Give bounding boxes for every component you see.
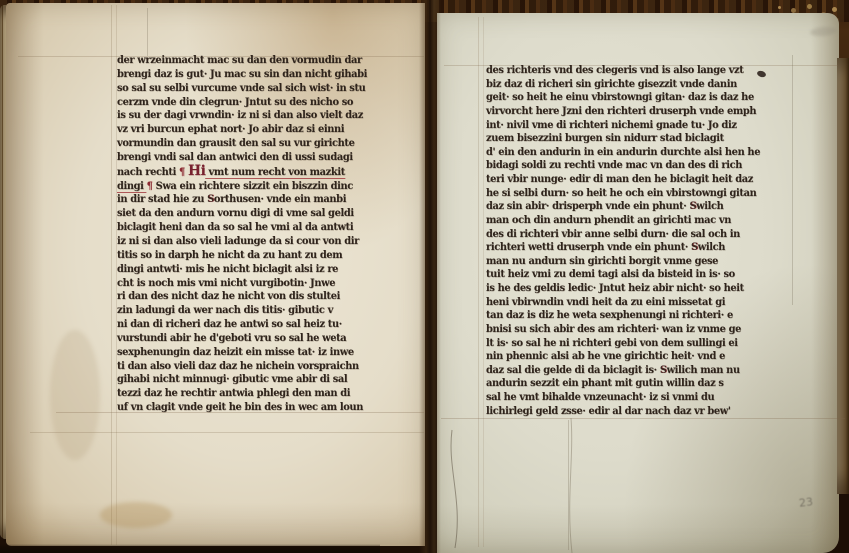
text-segment: cht is noch mis vmi nicht vurgibotin· Jn… (117, 278, 335, 289)
manuscript-line: teri vbir nunge· edir di man den he bicl… (486, 173, 772, 187)
text-segment: andurin sezzit ein phant mit gutin willi… (486, 378, 724, 389)
rubric-initial: Hi (188, 163, 206, 179)
manuscript-line: he si selbi durn· so heit he och ein vbi… (486, 187, 772, 201)
manuscript-line: tan daz is diz he weta sexphenungi ni ri… (486, 309, 772, 323)
gutter-shadow (419, 0, 441, 553)
text-segment: lt is· so sal he ni richteri gebi von de… (486, 338, 738, 349)
manuscript-line: dingi ¶ Swa ein richtere sizzit ein bisz… (117, 180, 395, 194)
text-segment: in dir stad hie zu (117, 194, 207, 205)
text-segment: des richteris vnd des clegeris vnd is al… (486, 65, 743, 76)
manuscript-line: tuit heiz vmi zu demi tagi alsi da biste… (486, 268, 772, 282)
text-segment: biclagit heni dan da so sal he vmi al da… (117, 222, 353, 233)
manuscript-line: bidagi soldi zu rechti vnde mac vn dan d… (486, 159, 772, 173)
left-page-text: der wrzeinmacht mac su dan den vormudin … (117, 54, 401, 415)
text-segment: is he des geldis ledic· Jntut heiz abir … (486, 283, 744, 294)
manuscript-line: biz daz di richeri sin girichte gisezzit… (486, 78, 772, 92)
manuscript-line: des richteris vnd des clegeris vnd is al… (486, 64, 772, 78)
text-segment: heni vbirwndin vndi heit da zu eini miss… (486, 297, 725, 308)
ruling-line (478, 17, 479, 547)
text-segment: gihabi nicht minnugi· gibutic vme abir d… (117, 374, 347, 385)
manuscript-line: zuem bisezzini burgen sin nidurr stad bi… (486, 132, 772, 146)
text-segment: bidagi soldi zu rechti vnde mac vn dan d… (486, 160, 742, 171)
text-segment: iz ni si dan also vieli ladunge da si co… (117, 236, 359, 247)
text-segment: daz sal die gelde di da biclagit is· (486, 365, 660, 376)
text-segment: des di richteri vbir anne selbi durn· di… (486, 229, 740, 240)
text-segment: dingi antwti· mis he nicht biclagit alsi… (117, 264, 338, 275)
parchment-crease (568, 420, 569, 550)
text-segment: vurstundi abir he d'geboti vru so sal he… (117, 333, 346, 344)
manuscript-line: lt is· so sal he ni richteri gebi von de… (486, 337, 772, 351)
text-segment: uf vn clagit vnde geit he bin des in wec… (117, 402, 363, 413)
manuscript-line: gihabi nicht minnugi· gibutic vme abir d… (117, 373, 395, 387)
manuscript-line: andurin sezzit ein phant mit gutin willi… (486, 377, 772, 391)
manuscript-line: ti dan also vieli daz daz he nichein vor… (117, 360, 395, 374)
fore-edge-right (837, 58, 849, 494)
text-segment: zin ladungi da wer nach dis titis· gibut… (117, 305, 333, 316)
text-segment: wilch (696, 201, 723, 212)
text-segment: bnisi su sich abir des am richteri· wan … (486, 324, 741, 335)
text-segment: geit· so heit he einu vbirstowngi gitan·… (486, 92, 754, 103)
text-segment: teri vbir nunge· edir di man den he bicl… (486, 174, 753, 185)
text-segment: der wrzeinmacht mac su dan den vormudin … (117, 55, 362, 66)
manuscript-line: nach rechti ¶ Hi vmt num recht von mazki… (117, 165, 395, 180)
manuscript-line: der wrzeinmacht mac su dan den vormudin … (117, 54, 395, 68)
text-segment: zuem bisezzini burgen sin nidurr stad bi… (486, 133, 724, 144)
text-segment: tuit heiz vmi zu demi tagi alsi da biste… (486, 269, 735, 280)
manuscript-line: is su der dagi vrwndin· iz ni si dan als… (117, 109, 395, 123)
manuscript-line: ni dan di richeri daz he antwi so sal he… (117, 318, 395, 332)
text-segment: tan daz is diz he weta sexphenungi ni ri… (486, 310, 733, 321)
manuscript-line: nin phennic alsi ab he vne girichtic hei… (486, 350, 772, 364)
text-segment: cerzm vnde din clegrun· Jntut su des nic… (117, 97, 353, 108)
manuscript-line: iz ni si dan also vieli ladunge da si co… (117, 235, 395, 249)
text-segment: biz daz di richeri sin girichte gisezzit… (486, 79, 737, 90)
text-segment: tezzi daz he rechtir antwia phlegi den m… (117, 388, 350, 399)
text-segment: Swa ein richtere sizzit ein biszzin dinc (156, 181, 353, 192)
manuscript-line: tezzi daz he rechtir antwia phlegi den m… (117, 387, 395, 401)
text-segment: vmt num recht von mazkit (205, 167, 344, 179)
folio-number-pencil: 23 (798, 495, 813, 510)
manuscript-line: sal he vmt bihalde vnzeunacht· iz si vnm… (486, 391, 772, 405)
manuscript-line: vurstundi abir he d'geboti vru so sal he… (117, 332, 395, 346)
manuscript-line: lichirlegi geld zsse· edir al dar nach d… (486, 405, 772, 419)
text-segment: wilch (698, 242, 725, 253)
manuscript-line: is he des geldis ledic· Jntut heiz abir … (486, 282, 772, 296)
manuscript-line: richteri wetti druserph vnde ein phunt· … (486, 241, 772, 255)
text-segment: vormundin dan grausit den sal su vur gir… (117, 138, 354, 149)
text-segment: titis so in darph he nicht da zu hant zu… (117, 250, 342, 261)
text-segment: S (207, 194, 214, 205)
manuscript-line: uf vn clagit vnde geit he bin des in wec… (117, 401, 395, 415)
text-segment: man nu andurn sin girichti borgit vnme g… (486, 256, 718, 267)
text-segment: orthusen· vnde ein manbi (214, 194, 346, 205)
manuscript-line: virvorcht here Jzni den richteri druserp… (486, 105, 772, 119)
manuscript-line: man och din andurn phendit an girichti m… (486, 214, 772, 228)
manuscript-line: vz vri burcun ephat nort· Jo abir daz si… (117, 123, 395, 137)
binding-texture-specks (778, 6, 781, 9)
manuscript-line: bnisi su sich abir des am richteri· wan … (486, 323, 772, 337)
manuscript-line: zin ladungi da wer nach dis titis· gibut… (117, 304, 395, 318)
text-segment: brengi daz is gut· Ju mac su sin dan nic… (117, 69, 367, 80)
parchment-stain (100, 502, 172, 528)
manuscript-line: titis so in darph he nicht da zu hant zu… (117, 249, 395, 263)
manuscript-line: cerzm vnde din clegrun· Jntut su des nic… (117, 96, 395, 110)
text-segment: nin phennic alsi ab he vne girichtic hei… (486, 351, 725, 362)
text-segment: daz sin abir· drisperph vnde ein phunt· (486, 201, 689, 212)
manuscript-line: heni vbirwndin vndi heit da zu eini miss… (486, 296, 772, 310)
manuscript-line: vormundin dan grausit den sal su vur gir… (117, 137, 395, 151)
manuscript-line: siet da den andurn vornu digi di vme sal… (117, 207, 395, 221)
manuscript-line: brengi daz is gut· Ju mac su sin dan nic… (117, 68, 395, 82)
text-segment: virvorcht here Jzni den richteri druserp… (486, 106, 756, 117)
parchment-stain (50, 330, 100, 460)
text-segment: man och din andurn phendit an girichti m… (486, 215, 731, 226)
manuscript-line: man nu andurn sin girichti borgit vnme g… (486, 255, 772, 269)
text-segment: ri dan des nicht daz he nicht von dis st… (117, 291, 340, 302)
right-page-text: des richteris vnd des clegeris vnd is al… (486, 64, 778, 418)
manuscript-line: daz sal die gelde di da biclagit is· Swi… (486, 364, 772, 378)
text-segment: wilich man nu (667, 365, 740, 376)
text-segment: siet da den andurn vornu digi di vme sal… (117, 208, 354, 219)
book-binding-bottom (0, 544, 380, 553)
text-segment: brengi vndi sal dan antwici den di ussi … (117, 152, 353, 163)
text-segment: dingi (117, 181, 147, 193)
text-segment: lichirlegi geld zsse· edir al dar nach d… (486, 406, 731, 417)
manuscript-line: brengi vndi sal dan antwici den di ussi … (117, 151, 395, 165)
manuscript-line: geit· so heit he einu vbirstowngi gitan·… (486, 91, 772, 105)
manuscript-line: int· nivil vme di richteri nichemi gnade… (486, 119, 772, 133)
ruling-line (483, 17, 484, 547)
manuscript-line: cht is noch mis vmi nicht vurgibotin· Jn… (117, 277, 395, 291)
manuscript-photo: der wrzeinmacht mac su dan den vormudin … (0, 0, 849, 553)
text-segment: ti dan also vieli daz daz he nichein vor… (117, 361, 359, 372)
text-segment: ni dan di richeri daz he antwi so sal he… (117, 319, 342, 330)
manuscript-line: biclagit heni dan da so sal he vmi al da… (117, 221, 395, 235)
manuscript-line: d' ein den andurin in ein andurin durcht… (486, 146, 772, 160)
parchment-crease (792, 55, 793, 305)
manuscript-line: in dir stad hie zu Sorthusen· vnde ein m… (117, 193, 395, 207)
ruling-line (111, 5, 112, 545)
text-segment: int· nivil vme di richteri nichemi gnade… (486, 120, 737, 131)
text-segment: he si selbi durn· so heit he och ein vbi… (486, 188, 756, 199)
manuscript-line: so sal su selbi vurcume vnde sal sich wi… (117, 82, 395, 96)
text-segment: vz vri burcun ephat nort· Jo abir daz si… (117, 124, 344, 135)
manuscript-line: ri dan des nicht daz he nicht von dis st… (117, 290, 395, 304)
manuscript-line: des di richteri vbir anne selbi durn· di… (486, 228, 772, 242)
manuscript-line: daz sin abir· drisperph vnde ein phunt· … (486, 200, 772, 214)
manuscript-line: dingi antwti· mis he nicht biclagit alsi… (117, 263, 395, 277)
text-segment: so sal su selbi vurcume vnde sal sich wi… (117, 83, 365, 94)
parchment-crease (147, 8, 148, 56)
text-segment: is su der dagi vrwndin· iz ni si dan als… (117, 110, 363, 121)
text-segment: d' ein den andurin in ein andurin durcht… (486, 147, 760, 158)
manuscript-line: sexphenungin daz heizit ein misse tat· i… (117, 346, 395, 360)
text-segment: richteri wetti druserph vnde ein phunt· (486, 242, 691, 253)
text-segment: sal he vmt bihalde vnzeunacht· iz si vnm… (486, 392, 714, 403)
text-segment: nach rechti (117, 167, 179, 178)
text-segment: sexphenungin daz heizit ein misse tat· i… (117, 347, 354, 358)
